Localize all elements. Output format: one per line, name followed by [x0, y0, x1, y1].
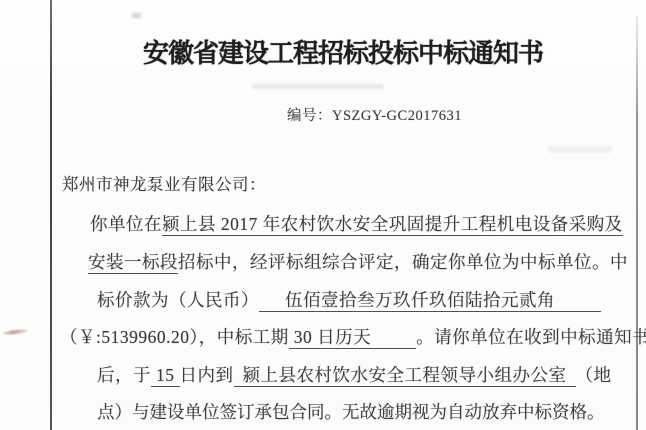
body-line-project-1: 你单位在颍上县 2017 年农村饮水安全巩固提升工程机电设备采购及: [90, 211, 623, 236]
line3-prefix: 标价款为（人民币）: [97, 290, 259, 310]
line1-prefix: 你单位在: [90, 214, 162, 234]
scan-speck-artifact: [131, 12, 142, 19]
serial-number-line: 编号：YSZGY-GC2017631: [287, 104, 462, 125]
underline-blank-gap: [259, 293, 285, 312]
document-title: 安徽省建设工程招标投标中标通知书: [52, 33, 634, 70]
scanned-document-page: 安徽省建设工程招标投标中标通知书 编号：YSZGY-GC2017631 郑州市神…: [0, 0, 646, 430]
scan-smudge-artifact: [252, 84, 384, 89]
underline-blank-gap: [555, 293, 601, 312]
body-line-signing-location: 后，于15日内到颍上县农村饮水安全工程领导小组办公室（地: [97, 362, 612, 387]
project-name-underlined: 颍上县 2017 年农村饮水安全巩固提升工程机电设备采购及: [162, 214, 623, 236]
scan-smudge-artifact: [548, 146, 612, 153]
line5-prefix: 后，于: [97, 365, 151, 385]
line4-prefix: （￥:5139960.20），中标工期: [60, 327, 289, 347]
line5-mid: 日内到: [180, 365, 234, 385]
body-line-closing: 点）与建设单位签订承包合同。无故逾期视为自动放弃中标资格。: [97, 399, 605, 424]
margin-pencil-mark: [3, 328, 28, 335]
bid-amount-words-underlined: 伍佰壹拾叁万玖仟玖佰陆拾元贰角: [285, 290, 555, 312]
serial-value: YSZGY-GC2017631: [332, 108, 462, 124]
duration-underlined: 30 日历天: [289, 327, 376, 349]
location-underlined: 颍上县农村饮水安全工程领导小组办公室: [234, 365, 576, 387]
serial-label: 编号：: [287, 108, 332, 124]
scan-right-frame-line: [636, 16, 638, 430]
recipient-line: 郑州市神龙泵业有限公司：: [62, 171, 266, 195]
line4-suffix: 。请你单位在收到中标通知书: [416, 327, 646, 347]
line2-rest: 招标中，经评标组综合评定，确定你单位为中标单位。中: [178, 252, 628, 272]
underline-blank-gap: [376, 330, 416, 349]
project-name-underlined-continued: 安装一标段: [88, 252, 178, 274]
body-line-amount-words: 标价款为（人民币）伍佰壹拾叁万玖仟玖佰陆拾元贰角: [97, 287, 601, 312]
body-line-amount-numeric: （￥:5139960.20），中标工期30 日历天。请你单位在收到中标通知书: [60, 324, 646, 349]
days-underlined: 15: [151, 365, 180, 387]
body-line-project-2: 安装一标段招标中，经评标组综合评定，确定你单位为中标单位。中: [88, 249, 628, 274]
line5-suffix: （地: [576, 365, 612, 385]
